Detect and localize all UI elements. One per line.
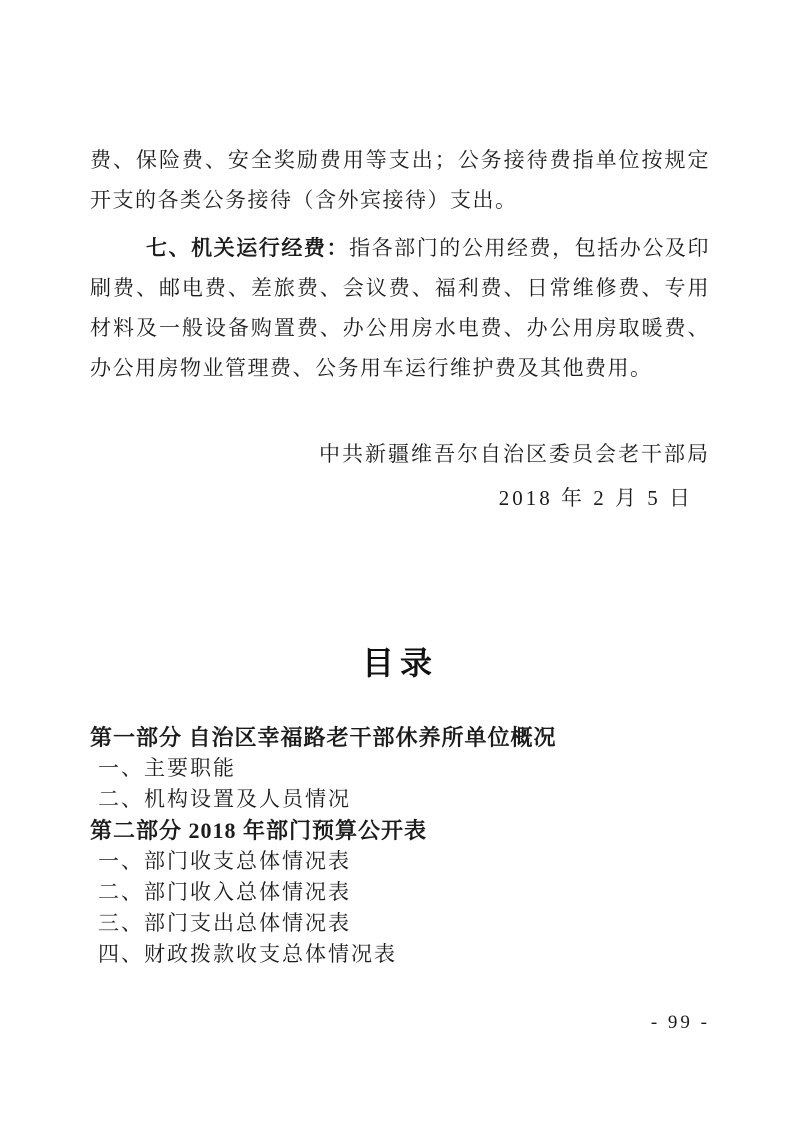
toc-item-revenue-overview: 二、部门收入总体情况表 xyxy=(90,877,710,908)
signature-date: 2018 年 2 月 5 日 xyxy=(90,476,710,520)
document-page: 费、保险费、安全奖励费用等支出；公务接待费指单位按规定开支的各类公务接待（含外宾… xyxy=(0,0,793,1122)
toc-item-org-staff: 二、机构设置及人员情况 xyxy=(90,784,710,815)
document-content: 费、保险费、安全奖励费用等支出；公务接待费指单位按规定开支的各类公务接待（含外宾… xyxy=(90,140,710,970)
paragraph-agency-operating-costs-term: 七、机关运行经费： xyxy=(146,236,349,260)
signature-block: 中共新疆维吾尔自治区委员会老干部局 2018 年 2 月 5 日 xyxy=(90,432,710,520)
paragraph-official-reception-fees: 费、保险费、安全奖励费用等支出；公务接待费指单位按规定开支的各类公务接待（含外宾… xyxy=(90,140,710,220)
toc-item-fiscal-appropriation-overview: 四、财政拨款收支总体情况表 xyxy=(90,939,710,970)
paragraph-agency-operating-costs: 七、机关运行经费：指各部门的公用经费，包括办公及印刷费、邮电费、差旅费、会议费、… xyxy=(90,228,710,388)
toc-item-part-1: 第一部分 自治区幸福路老干部休养所单位概况 xyxy=(90,722,710,753)
toc-item-expenditure-overview: 三、部门支出总体情况表 xyxy=(90,908,710,939)
toc-item-main-functions: 一、主要职能 xyxy=(90,753,710,784)
toc-list: 第一部分 自治区幸福路老干部休养所单位概况 一、主要职能 二、机构设置及人员情况… xyxy=(90,722,710,970)
toc-item-revenue-expenditure-overview: 一、部门收支总体情况表 xyxy=(90,846,710,877)
signature-organization: 中共新疆维吾尔自治区委员会老干部局 xyxy=(90,432,710,476)
page-number: - 99 - xyxy=(651,1012,710,1034)
toc-title: 目录 xyxy=(90,640,710,686)
toc-item-part-2: 第二部分 2018 年部门预算公开表 xyxy=(90,815,710,846)
